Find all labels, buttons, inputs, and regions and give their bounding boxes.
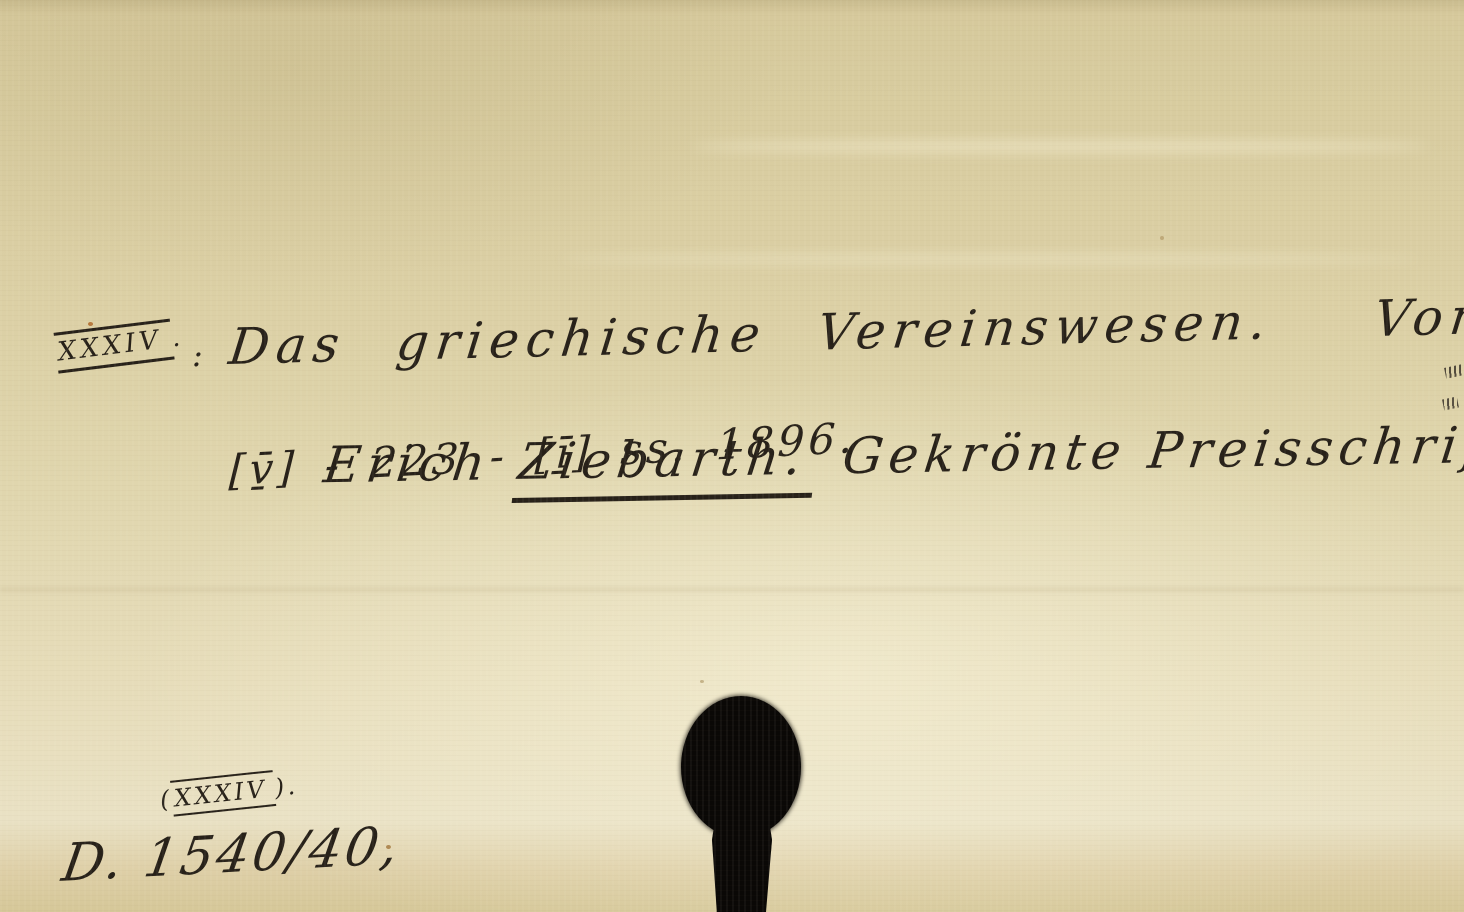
entry-number-period: .: [170, 322, 186, 353]
entry-number-numeral: XXXIV: [54, 319, 175, 374]
ink-speck: [1160, 236, 1164, 240]
paper-crease: [0, 588, 1464, 591]
ink-speck: [700, 680, 704, 683]
entry-number: XXXIV.: [51, 314, 190, 376]
footer-entry-number: (XXXIV).: [158, 768, 299, 818]
entry-separator: :: [192, 336, 203, 374]
catalog-card: XXXIV. : Das griechische Vereinswesen. V…: [0, 0, 1464, 912]
punch-hole-circle: [681, 696, 801, 838]
paper-stain: [560, 254, 1420, 264]
footer-entry-numeral: XXXIV: [170, 770, 276, 817]
footer-paren-close: ).: [273, 772, 299, 802]
shelfmark: D. 1540/40,: [58, 816, 406, 894]
subtitle: Gekrönte Preisschrift.: [839, 415, 1464, 485]
paper-stain: [690, 140, 1430, 153]
punch-hole-stem: [712, 824, 772, 912]
